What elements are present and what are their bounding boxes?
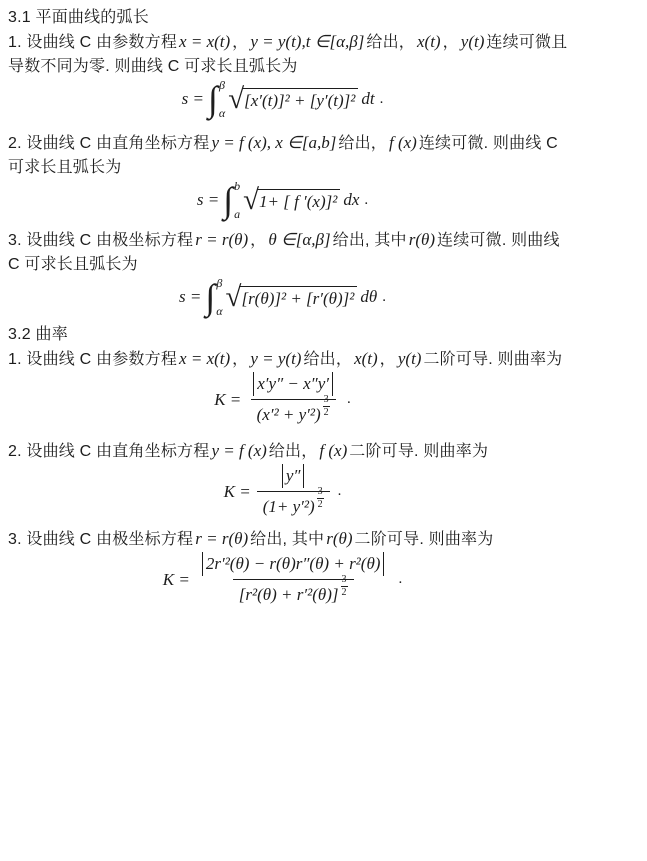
text-segment: 给出， [269,443,318,460]
math-run: r(θ) [326,529,352,548]
text-segment: 二阶可导. 则曲率为 [349,443,488,460]
math-run: y(t) [398,349,422,368]
paragraph-curvature-polar: 3. 设曲线 C 由极坐标方程r = r(θ)给出, 其中r(θ)二阶可导. 则… [8,527,639,552]
formula-lhs: s = [197,190,219,210]
formula-arc-length-polar: s = ∫ β α √ [r(θ)]² + [r′(θ)]² dθ . [8,277,639,317]
paragraph-curvature-parametric: 1. 设曲线 C 由参数方程x = x(t)，y = y(t)给出，x(t)，y… [8,347,639,372]
formula-lhs: K = [163,570,190,590]
punctuation: ， [380,351,396,368]
text-segment: 2. 设曲线 C 由直角坐标方程 [8,443,209,460]
formula-curvature-polar: K = 2r′²(θ) − r(θ)r″(θ) + r²(θ) [r²(θ) +… [8,552,639,607]
integral-upper-limit: β [216,277,222,289]
formula-period: . [398,571,402,588]
differential: dx [343,190,359,210]
integral-sign: ∫ [223,181,233,219]
punctuation: ， [232,34,248,51]
radicand: [r(θ)]² + [r′(θ)]² [239,286,357,309]
math-run: y = f (x) [211,441,266,460]
square-root: √ [r(θ)]² + [r′(θ)]² [226,285,358,309]
integral-upper-limit: b [234,180,240,192]
exponent-three-halves: 3 2 [323,395,330,418]
formula-period: . [382,289,386,306]
radicand: [x′(t)]² + [y′(t)]² [242,88,358,111]
math-run: x(t) [417,32,441,51]
math-run: f (x) [319,441,347,460]
square-root: √ [x′(t)]² + [y′(t)]² [228,87,358,111]
integral-sign: ∫ [205,278,215,316]
formula-curvature-parametric: K = x′y″ − x″y′ (x′² + y′²) 3 2 . [8,372,639,427]
text-segment: 二阶可导. 则曲率为 [355,531,494,548]
text-segment: 给出， [366,34,415,51]
denominator-base: (x′² + y′²) [257,404,321,426]
section-heading-curvature: 3.2 曲率 [8,323,639,347]
integral-sign: ∫ [208,80,218,118]
punctuation: ， [443,34,459,51]
formula-period: . [380,91,384,108]
text-segment: 1. 设曲线 C 由参数方程 [8,351,177,368]
math-run: θ ∈[α,β] [268,230,330,249]
text-segment: 3. 设曲线 C 由极坐标方程 [8,232,193,249]
paragraph-arc-cartesian-line1: 2. 设曲线 C 由直角坐标方程y = f (x), x ∈[a,b]给出，f … [8,131,639,156]
punctuation: ， [250,232,266,249]
integral: ∫ β α [205,277,224,317]
absolute-value: 2r′²(θ) − r(θ)r″(θ) + r²(θ) [202,552,385,576]
exponent-denominator: 2 [342,587,347,598]
integral-lower-limit: α [216,305,222,317]
square-root: √ 1+ [ f ′(x)]² [243,188,340,212]
text-segment: 给出, 其中 [250,531,324,548]
math-run: r = r(θ) [195,529,248,548]
text-segment: 1. 设曲线 C 由参数方程 [8,34,177,51]
integral: ∫ b a [223,180,242,220]
integral-lower-limit: α [219,107,225,119]
absolute-value: y″ [282,464,305,488]
math-run: r(θ) [409,230,435,249]
formula-period: . [364,192,368,209]
math-run: f (x) [389,133,417,152]
math-run: y = y(t),t ∈[α,β] [250,32,364,51]
absolute-value: x′y″ − x″y′ [253,372,333,396]
integral-lower-limit: a [234,208,240,220]
formula-lhs: s = [182,89,204,109]
text-segment: 连续可微. 则曲线 [437,232,560,249]
differential: dt [361,89,374,109]
denominator-base: (1+ y′²) [263,496,315,518]
text-segment: 连续可微且 [486,34,567,51]
paragraph-arc-parametric-line1: 1. 设曲线 C 由参数方程x = x(t)，y = y(t),t ∈[α,β]… [8,30,639,55]
math-run: x(t) [354,349,378,368]
exponent-denominator: 2 [324,407,329,418]
text-segment: 给出， [303,351,352,368]
section-heading-arc-length: 3.1 平面曲线的弧长 [8,6,639,30]
paragraph-curvature-cartesian: 2. 设曲线 C 由直角坐标方程y = f (x)给出，f (x)二阶可导. 则… [8,439,639,464]
formula-period: . [347,391,351,408]
formula-arc-length-cartesian: s = ∫ b a √ 1+ [ f ′(x)]² dx . [8,180,639,220]
math-run: y(t) [461,32,485,51]
text-segment: 给出， [338,135,387,152]
paragraph-arc-parametric-line2: 导数不同为零. 则曲线 C 可求长且弧长为 [8,55,639,79]
math-run: x = x(t) [179,349,230,368]
exponent-numerator: 3 [317,487,324,499]
formula-lhs: s = [179,287,201,307]
text-segment: 连续可微. 则曲线 C [419,135,558,152]
fraction: y″ (1+ y′²) 3 2 [257,464,330,519]
text-segment: 给出, 其中 [333,232,407,249]
formula-lhs: K = [214,390,241,410]
differential: dθ [360,287,377,307]
exponent-numerator: 3 [341,575,348,587]
paragraph-arc-polar-line1: 3. 设曲线 C 由极坐标方程r = r(θ)，θ ∈[α,β]给出, 其中r(… [8,228,639,253]
formula-curvature-cartesian: K = y″ (1+ y′²) 3 2 . [8,464,639,519]
fraction: x′y″ − x″y′ (x′² + y′²) 3 2 [247,372,339,427]
exponent-numerator: 3 [323,395,330,407]
math-run: r = r(θ) [195,230,248,249]
math-run: y = y(t) [250,349,301,368]
integral-upper-limit: β [219,79,225,91]
fraction: 2r′²(θ) − r(θ)r″(θ) + r²(θ) [r²(θ) + r′²… [196,552,391,607]
exponent-three-halves: 3 2 [317,487,324,510]
denominator-base: [r²(θ) + r′²(θ)] [239,584,339,606]
text-segment: 二阶可导. 则曲率为 [423,351,562,368]
math-run: x = x(t) [179,32,230,51]
document-page: 3.1 平面曲线的弧长 1. 设曲线 C 由参数方程x = x(t)，y = y… [0,0,647,861]
exponent-three-halves: 3 2 [341,575,348,598]
formula-arc-length-parametric: s = ∫ β α √ [x′(t)]² + [y′(t)]² dt . [8,79,639,119]
formula-period: . [338,483,342,500]
formula-lhs: K = [224,482,251,502]
text-segment: 2. 设曲线 C 由直角坐标方程 [8,135,209,152]
integral: ∫ β α [208,79,227,119]
radicand: 1+ [ f ′(x)]² [257,189,340,212]
exponent-denominator: 2 [318,499,323,510]
paragraph-arc-cartesian-line2: 可求长且弧长为 [8,156,639,180]
paragraph-arc-polar-line2: C 可求长且弧长为 [8,253,639,277]
punctuation: ， [232,351,248,368]
math-run: y = f (x), x ∈[a,b] [211,133,336,152]
text-segment: 3. 设曲线 C 由极坐标方程 [8,531,193,548]
